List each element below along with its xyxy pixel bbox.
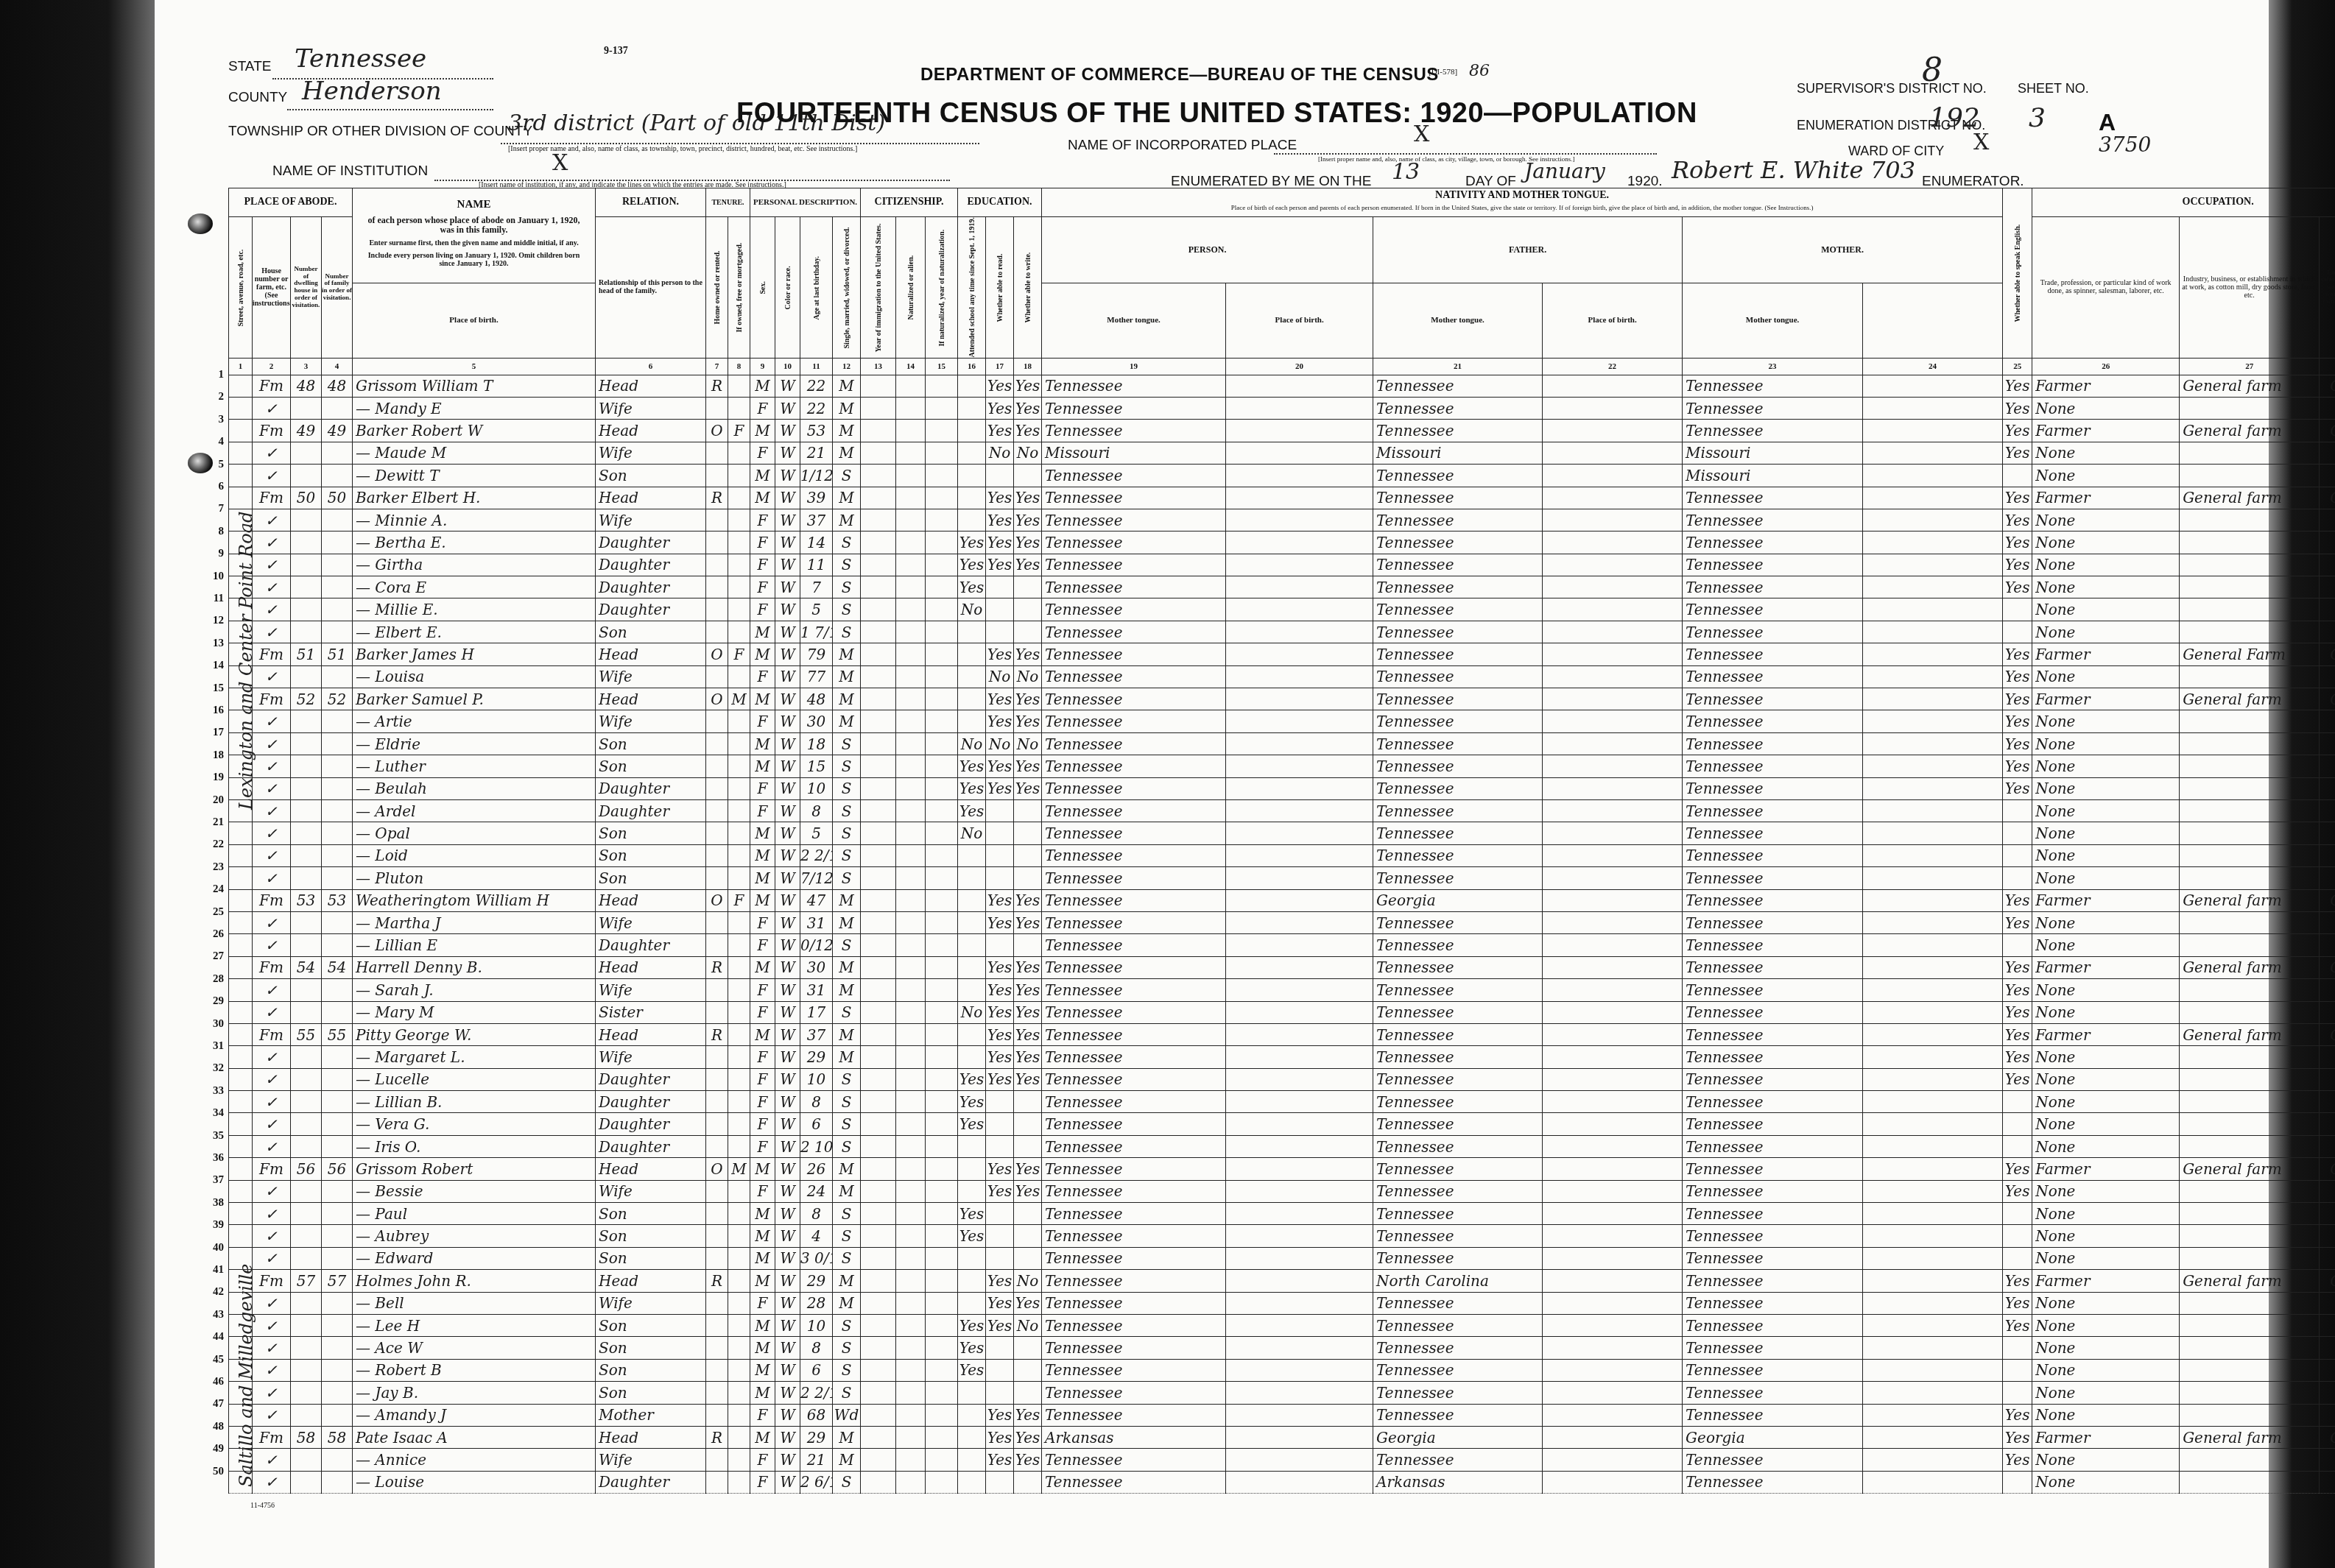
birthplace-cell: Tennessee: [1042, 375, 1226, 397]
naturalization-year-cell: [926, 956, 958, 978]
english-cell: [2003, 1359, 2032, 1381]
mortgage-cell: [728, 1247, 750, 1269]
row-number: 37: [203, 1174, 224, 1187]
write-cell: [1014, 621, 1042, 643]
naturalized-cell: [896, 1001, 926, 1023]
relation-cell: Head: [596, 1023, 706, 1045]
home-tenure-cell: [706, 934, 728, 956]
father-birthplace-cell: Tennessee: [1373, 1359, 1543, 1381]
father-birthplace-cell: Tennessee: [1373, 643, 1543, 665]
relation-cell: Son: [596, 621, 706, 643]
trade-cell: Farmer: [2032, 688, 2180, 710]
naturalized-cell: [896, 732, 926, 755]
family-number-cell: [322, 665, 353, 688]
marital-status-cell: M: [833, 420, 861, 442]
marital-status-cell: S: [833, 1247, 861, 1269]
street-cell: [229, 532, 253, 554]
table-row: ✓— PaulSonMW8SYesTennesseeTennesseeTenne…: [229, 1203, 2335, 1225]
farm-cell: Fm: [253, 889, 291, 911]
worker-class-cell: OA: [2320, 375, 2335, 397]
sex-cell: F: [750, 777, 775, 799]
column-number: 23: [1683, 358, 1863, 375]
school-cell: [958, 979, 986, 1001]
relation-cell: Son: [596, 1382, 706, 1404]
immigration-year-cell: [861, 911, 896, 933]
age-cell: 21: [800, 442, 833, 464]
row-number: 26: [203, 928, 224, 941]
worker-class-cell: [2320, 799, 2335, 822]
row-number: 4: [203, 436, 224, 448]
mother-birthplace-cell: Tennessee: [1683, 911, 1863, 933]
naturalization-year-cell: [926, 1203, 958, 1225]
dwelling-number-cell: [291, 1001, 322, 1023]
industry-cell: [2180, 1225, 2320, 1247]
group-personal-description: PERSONAL DESCRIPTION.: [750, 188, 861, 217]
father-tongue-cell: [1543, 397, 1683, 419]
mortgage-cell: [728, 1001, 750, 1023]
school-cell: [958, 1180, 986, 1202]
dwelling-number-cell: [291, 1247, 322, 1269]
read-cell: Yes: [986, 375, 1014, 397]
naturalization-year-cell: [926, 1046, 958, 1068]
county-line: [287, 109, 493, 110]
school-cell: [958, 487, 986, 509]
mother-tongue2-cell: [1863, 732, 2003, 755]
birthplace-cell: Tennessee: [1042, 979, 1226, 1001]
mother-birthplace-cell: Tennessee: [1683, 1113, 1863, 1135]
relation-cell: Wife: [596, 1180, 706, 1202]
sex-cell: M: [750, 1359, 775, 1381]
mother-tongue-cell: [1226, 1426, 1373, 1448]
school-cell: Yes: [958, 799, 986, 822]
column-number: 7: [706, 358, 728, 375]
school-cell: [958, 1382, 986, 1404]
home-tenure-cell: R: [706, 1023, 728, 1045]
read-cell: [986, 1091, 1014, 1113]
naturalized-cell: [896, 532, 926, 554]
father-tongue-cell: [1543, 777, 1683, 799]
read-cell: Yes: [986, 755, 1014, 777]
industry-cell: [2180, 822, 2320, 844]
birthplace-cell: Tennessee: [1042, 1046, 1226, 1068]
read-cell: No: [986, 665, 1014, 688]
farm-cell: ✓: [253, 554, 291, 576]
trade-cell: None: [2032, 1180, 2180, 1202]
incorporated-place-line: [1274, 153, 1657, 155]
trade-cell: None: [2032, 1091, 2180, 1113]
mother-tongue2-cell: [1863, 375, 2003, 397]
family-number-cell: [322, 1225, 353, 1247]
row-number: 46: [203, 1376, 224, 1388]
mother-tongue-cell: [1226, 665, 1373, 688]
home-tenure-cell: [706, 979, 728, 1001]
father-tongue-cell: [1543, 1337, 1683, 1359]
trade-cell: Farmer: [2032, 1158, 2180, 1180]
mother-birthplace-cell: Tennessee: [1683, 799, 1863, 822]
race-cell: W: [775, 554, 800, 576]
home-tenure-cell: [706, 509, 728, 531]
father-birthplace-cell: Tennessee: [1373, 1449, 1543, 1471]
birthplace-cell: Tennessee: [1042, 867, 1226, 889]
industry-cell: General farm: [2180, 688, 2320, 710]
age-cell: 8: [800, 799, 833, 822]
english-cell: [2003, 934, 2032, 956]
dwelling-number-cell: [291, 1180, 322, 1202]
mother-tongue2-cell: [1863, 1359, 2003, 1381]
name-cell: — Sarah J.: [353, 979, 596, 1001]
name-cell: — Eldrie: [353, 732, 596, 755]
worker-class-cell: [2320, 1314, 2335, 1336]
supervisor-district-value: 8: [1922, 52, 1943, 89]
township-line: [501, 143, 979, 144]
naturalized-cell: [896, 1135, 926, 1157]
age-cell: 6: [800, 1359, 833, 1381]
mother-tongue2-cell: [1863, 1225, 2003, 1247]
age-cell: 39: [800, 487, 833, 509]
marital-status-cell: S: [833, 1225, 861, 1247]
trade-cell: None: [2032, 554, 2180, 576]
naturalized-cell: [896, 397, 926, 419]
home-tenure-cell: [706, 1068, 728, 1090]
sex-cell: F: [750, 1180, 775, 1202]
home-tenure-cell: [706, 1180, 728, 1202]
naturalized-cell: [896, 1247, 926, 1269]
english-cell: Yes: [2003, 777, 2032, 799]
marital-status-cell: S: [833, 844, 861, 866]
family-number-cell: [322, 1113, 353, 1135]
industry-cell: [2180, 465, 2320, 487]
naturalization-year-cell: [926, 598, 958, 621]
father-birthplace-cell: Tennessee: [1373, 1046, 1543, 1068]
relation-cell: Son: [596, 1314, 706, 1336]
group-relation: RELATION.: [596, 188, 706, 217]
sex-cell: F: [750, 934, 775, 956]
father-tongue-cell: [1543, 509, 1683, 531]
sex-cell: F: [750, 1001, 775, 1023]
farm-cell: ✓: [253, 1471, 291, 1493]
mother-tongue-cell: [1226, 732, 1373, 755]
worker-class-cell: [2320, 1449, 2335, 1471]
naturalized-cell: [896, 598, 926, 621]
home-tenure-cell: [706, 1314, 728, 1336]
trade-cell: None: [2032, 867, 2180, 889]
trade-cell: Farmer: [2032, 375, 2180, 397]
table-row: ✓— Sarah J.WifeFW31MYesYesTennesseeTenne…: [229, 979, 2335, 1001]
mother-tongue2-cell: [1863, 1247, 2003, 1269]
name-cell: Grissom William T: [353, 375, 596, 397]
immigration-year-cell: [861, 643, 896, 665]
father-tongue-cell: [1543, 1046, 1683, 1068]
immigration-year-cell: [861, 1001, 896, 1023]
school-cell: [958, 911, 986, 933]
farm-cell: ✓: [253, 532, 291, 554]
write-cell: [1014, 1203, 1042, 1225]
naturalized-cell: [896, 688, 926, 710]
trade-cell: None: [2032, 1247, 2180, 1269]
industry-cell: [2180, 1337, 2320, 1359]
name-cell: — Mary M: [353, 1001, 596, 1023]
industry-cell: [2180, 1091, 2320, 1113]
table-row: ✓— Martha JWifeFW31MYesYesTennesseeTenne…: [229, 911, 2335, 933]
street-cell: [229, 1046, 253, 1068]
age-cell: 18: [800, 732, 833, 755]
age-cell: 17: [800, 1001, 833, 1023]
farm-cell: ✓: [253, 1359, 291, 1381]
naturalized-cell: [896, 1046, 926, 1068]
home-tenure-cell: [706, 1113, 728, 1135]
farm-cell: ✓: [253, 979, 291, 1001]
father-birthplace-cell: Georgia: [1373, 1426, 1543, 1448]
mother-tongue-cell: [1226, 598, 1373, 621]
naturalization-year-cell: [926, 934, 958, 956]
industry-cell: [2180, 1113, 2320, 1135]
read-cell: Yes: [986, 911, 1014, 933]
naturalized-cell: [896, 1449, 926, 1471]
mother-tongue-cell: [1226, 1314, 1373, 1336]
mother-tongue-cell: [1226, 799, 1373, 822]
column-number: 13: [861, 358, 896, 375]
table-row: ✓— GirthaDaughterFW11SYesYesYesTennessee…: [229, 554, 2335, 576]
birthplace-cell: Tennessee: [1042, 1001, 1226, 1023]
mother-birthplace-cell: Tennessee: [1683, 665, 1863, 688]
worker-class-cell: [2320, 934, 2335, 956]
row-number: 42: [203, 1286, 224, 1299]
naturalization-year-cell: [926, 822, 958, 844]
father-birthplace-cell: Tennessee: [1373, 867, 1543, 889]
col-6-header: Relationship of this person to the head …: [596, 217, 706, 359]
street-cell: [229, 799, 253, 822]
family-number-cell: 48: [322, 375, 353, 397]
relation-cell: Head: [596, 1426, 706, 1448]
trade-cell: None: [2032, 799, 2180, 822]
table-row: Fm5454Harrell Denny B.HeadRMW30MYesYesTe…: [229, 956, 2335, 978]
dwelling-number-cell: [291, 621, 322, 643]
name-cell: — Pluton: [353, 867, 596, 889]
mother-birthplace-cell: Tennessee: [1683, 1225, 1863, 1247]
school-cell: [958, 420, 986, 442]
worker-class-cell: OA: [2320, 487, 2335, 509]
farm-cell: Fm: [253, 1270, 291, 1292]
mortgage-cell: F: [728, 420, 750, 442]
name-cell: — Girtha: [353, 554, 596, 576]
immigration-year-cell: [861, 375, 896, 397]
home-tenure-cell: [706, 1225, 728, 1247]
race-cell: W: [775, 911, 800, 933]
mother-tongue2-cell: [1863, 442, 2003, 464]
read-cell: [986, 1247, 1014, 1269]
relation-cell: Wife: [596, 710, 706, 732]
english-cell: Yes: [2003, 755, 2032, 777]
industry-cell: [2180, 509, 2320, 531]
table-row: ✓— Mandy EWifeFW22MYesYesTennesseeTennes…: [229, 397, 2335, 419]
relation-cell: Head: [596, 375, 706, 397]
col-16-header: Attended school any time since Sept. 1, …: [958, 217, 986, 359]
census-sheet: STATE Tennessee COUNTY Henderson 9-137 T…: [155, 0, 2269, 1568]
sex-cell: M: [750, 420, 775, 442]
immigration-year-cell: [861, 844, 896, 866]
age-cell: 5: [800, 822, 833, 844]
col-2-header: House number or farm, etc. (See instruct…: [253, 217, 291, 359]
father-tongue-cell: [1543, 1180, 1683, 1202]
mother-birthplace-cell: Tennessee: [1683, 1404, 1863, 1426]
school-cell: [958, 1158, 986, 1180]
table-row: Fm5050Barker Elbert H.HeadRMW39MYesYesTe…: [229, 487, 2335, 509]
english-cell: Yes: [2003, 1158, 2032, 1180]
birthplace-cell: Tennessee: [1042, 911, 1226, 933]
naturalization-year-cell: [926, 1449, 958, 1471]
school-cell: [958, 1449, 986, 1471]
home-tenure-cell: [706, 1382, 728, 1404]
family-number-cell: [322, 710, 353, 732]
race-cell: W: [775, 1449, 800, 1471]
farm-cell: ✓: [253, 934, 291, 956]
father-birthplace-cell: Tennessee: [1373, 576, 1543, 598]
farm-cell: Fm: [253, 1158, 291, 1180]
birthplace-cell: Tennessee: [1042, 465, 1226, 487]
marital-status-cell: S: [833, 1113, 861, 1135]
school-cell: [958, 442, 986, 464]
col-21-header: Place of birth.: [1226, 283, 1373, 358]
farm-cell: ✓: [253, 1247, 291, 1269]
relation-cell: Head: [596, 1158, 706, 1180]
form-code: [DI-578]: [1429, 68, 1457, 77]
col-22-header: Mother tongue.: [1373, 283, 1543, 358]
naturalized-cell: [896, 442, 926, 464]
family-number-cell: [322, 1091, 353, 1113]
birthplace-cell: Tennessee: [1042, 889, 1226, 911]
home-tenure-cell: O: [706, 643, 728, 665]
race-cell: W: [775, 1001, 800, 1023]
name-cell: — Mandy E: [353, 397, 596, 419]
father-birthplace-cell: Tennessee: [1373, 375, 1543, 397]
incorporated-place-value: X: [1414, 121, 1429, 147]
write-cell: No: [1014, 442, 1042, 464]
row-number: 41: [203, 1264, 224, 1276]
row-number: 48: [203, 1421, 224, 1433]
mother-tongue2-cell: [1863, 465, 2003, 487]
father-birthplace-cell: Arkansas: [1373, 1471, 1543, 1493]
relation-cell: Head: [596, 956, 706, 978]
age-cell: 10: [800, 777, 833, 799]
mortgage-cell: [728, 487, 750, 509]
school-cell: Yes: [958, 1068, 986, 1090]
relation-cell: Son: [596, 822, 706, 844]
age-cell: 15: [800, 755, 833, 777]
mother-birthplace-cell: Tennessee: [1683, 375, 1863, 397]
school-cell: Yes: [958, 576, 986, 598]
column-number: 4: [322, 358, 353, 375]
marital-status-cell: S: [833, 867, 861, 889]
column-number: 27: [2180, 358, 2320, 375]
mother-birthplace-cell: Tennessee: [1683, 956, 1863, 978]
worker-class-cell: [2320, 621, 2335, 643]
naturalization-year-cell: [926, 1001, 958, 1023]
relation-cell: Head: [596, 889, 706, 911]
read-cell: Yes: [986, 1180, 1014, 1202]
age-cell: 48: [800, 688, 833, 710]
mother-birthplace-cell: Tennessee: [1683, 777, 1863, 799]
home-tenure-cell: R: [706, 375, 728, 397]
farm-cell: ✓: [253, 1001, 291, 1023]
naturalized-cell: [896, 956, 926, 978]
worker-class-cell: OA: [2320, 1270, 2335, 1292]
farm-cell: ✓: [253, 1113, 291, 1135]
mother-birthplace-cell: Tennessee: [1683, 1180, 1863, 1202]
immigration-year-cell: [861, 1091, 896, 1113]
relation-cell: Son: [596, 1203, 706, 1225]
sex-cell: M: [750, 889, 775, 911]
trade-cell: None: [2032, 777, 2180, 799]
immigration-year-cell: [861, 1449, 896, 1471]
father-birthplace-cell: Tennessee: [1373, 1337, 1543, 1359]
mother-tongue-cell: [1226, 1359, 1373, 1381]
age-cell: 2 6/12: [800, 1471, 833, 1493]
naturalized-cell: [896, 665, 926, 688]
write-cell: [1014, 799, 1042, 822]
dwelling-number-cell: [291, 1382, 322, 1404]
race-cell: W: [775, 487, 800, 509]
industry-cell: General farm: [2180, 487, 2320, 509]
mortgage-cell: [728, 1426, 750, 1448]
row-number: 28: [203, 973, 224, 986]
trade-cell: None: [2032, 1404, 2180, 1426]
relation-cell: Wife: [596, 979, 706, 1001]
father-tongue-cell: [1543, 1449, 1683, 1471]
table-row: Fm5656Grissom RobertHeadOMMW26MYesYesTen…: [229, 1158, 2335, 1180]
naturalized-cell: [896, 844, 926, 866]
dwelling-number-cell: 52: [291, 688, 322, 710]
marital-status-cell: M: [833, 487, 861, 509]
stamp-number: 86: [1469, 62, 1490, 80]
mother-tongue2-cell: [1863, 420, 2003, 442]
home-tenure-cell: [706, 1135, 728, 1157]
table-row: ✓— LoidSonMW2 2/12STennesseeTennesseeTen…: [229, 844, 2335, 866]
mother-tongue-cell: [1226, 1471, 1373, 1493]
race-cell: W: [775, 889, 800, 911]
read-cell: Yes: [986, 956, 1014, 978]
immigration-year-cell: [861, 442, 896, 464]
street-cell: [229, 934, 253, 956]
mortgage-cell: [728, 397, 750, 419]
marital-status-cell: S: [833, 799, 861, 822]
write-cell: Yes: [1014, 889, 1042, 911]
father-tongue-cell: [1543, 688, 1683, 710]
marital-status-cell: M: [833, 1046, 861, 1068]
name-cell: — Cora E: [353, 576, 596, 598]
naturalization-year-cell: [926, 688, 958, 710]
township-label: TOWNSHIP OR OTHER DIVISION OF COUNTY: [228, 124, 532, 140]
col-19-header: Place of birth.: [353, 283, 596, 358]
column-number: 19: [1042, 358, 1226, 375]
naturalized-cell: [896, 621, 926, 643]
table-row: Fm5555Pitty George W.HeadRMW37MYesYesTen…: [229, 1023, 2335, 1045]
mother-tongue2-cell: [1863, 576, 2003, 598]
dwelling-number-cell: [291, 1404, 322, 1426]
family-number-cell: 55: [322, 1023, 353, 1045]
mother-birthplace-cell: Tennessee: [1683, 420, 1863, 442]
mother-tongue2-cell: [1863, 1471, 2003, 1493]
write-cell: [1014, 844, 1042, 866]
read-cell: [986, 1382, 1014, 1404]
marital-status-cell: S: [833, 1135, 861, 1157]
home-tenure-cell: [706, 1359, 728, 1381]
father-birthplace-cell: Tennessee: [1373, 1068, 1543, 1090]
family-number-cell: 50: [322, 487, 353, 509]
mother-birthplace-cell: Tennessee: [1683, 822, 1863, 844]
marital-status-cell: Wd: [833, 1404, 861, 1426]
trade-cell: None: [2032, 509, 2180, 531]
worker-class-cell: [2320, 576, 2335, 598]
